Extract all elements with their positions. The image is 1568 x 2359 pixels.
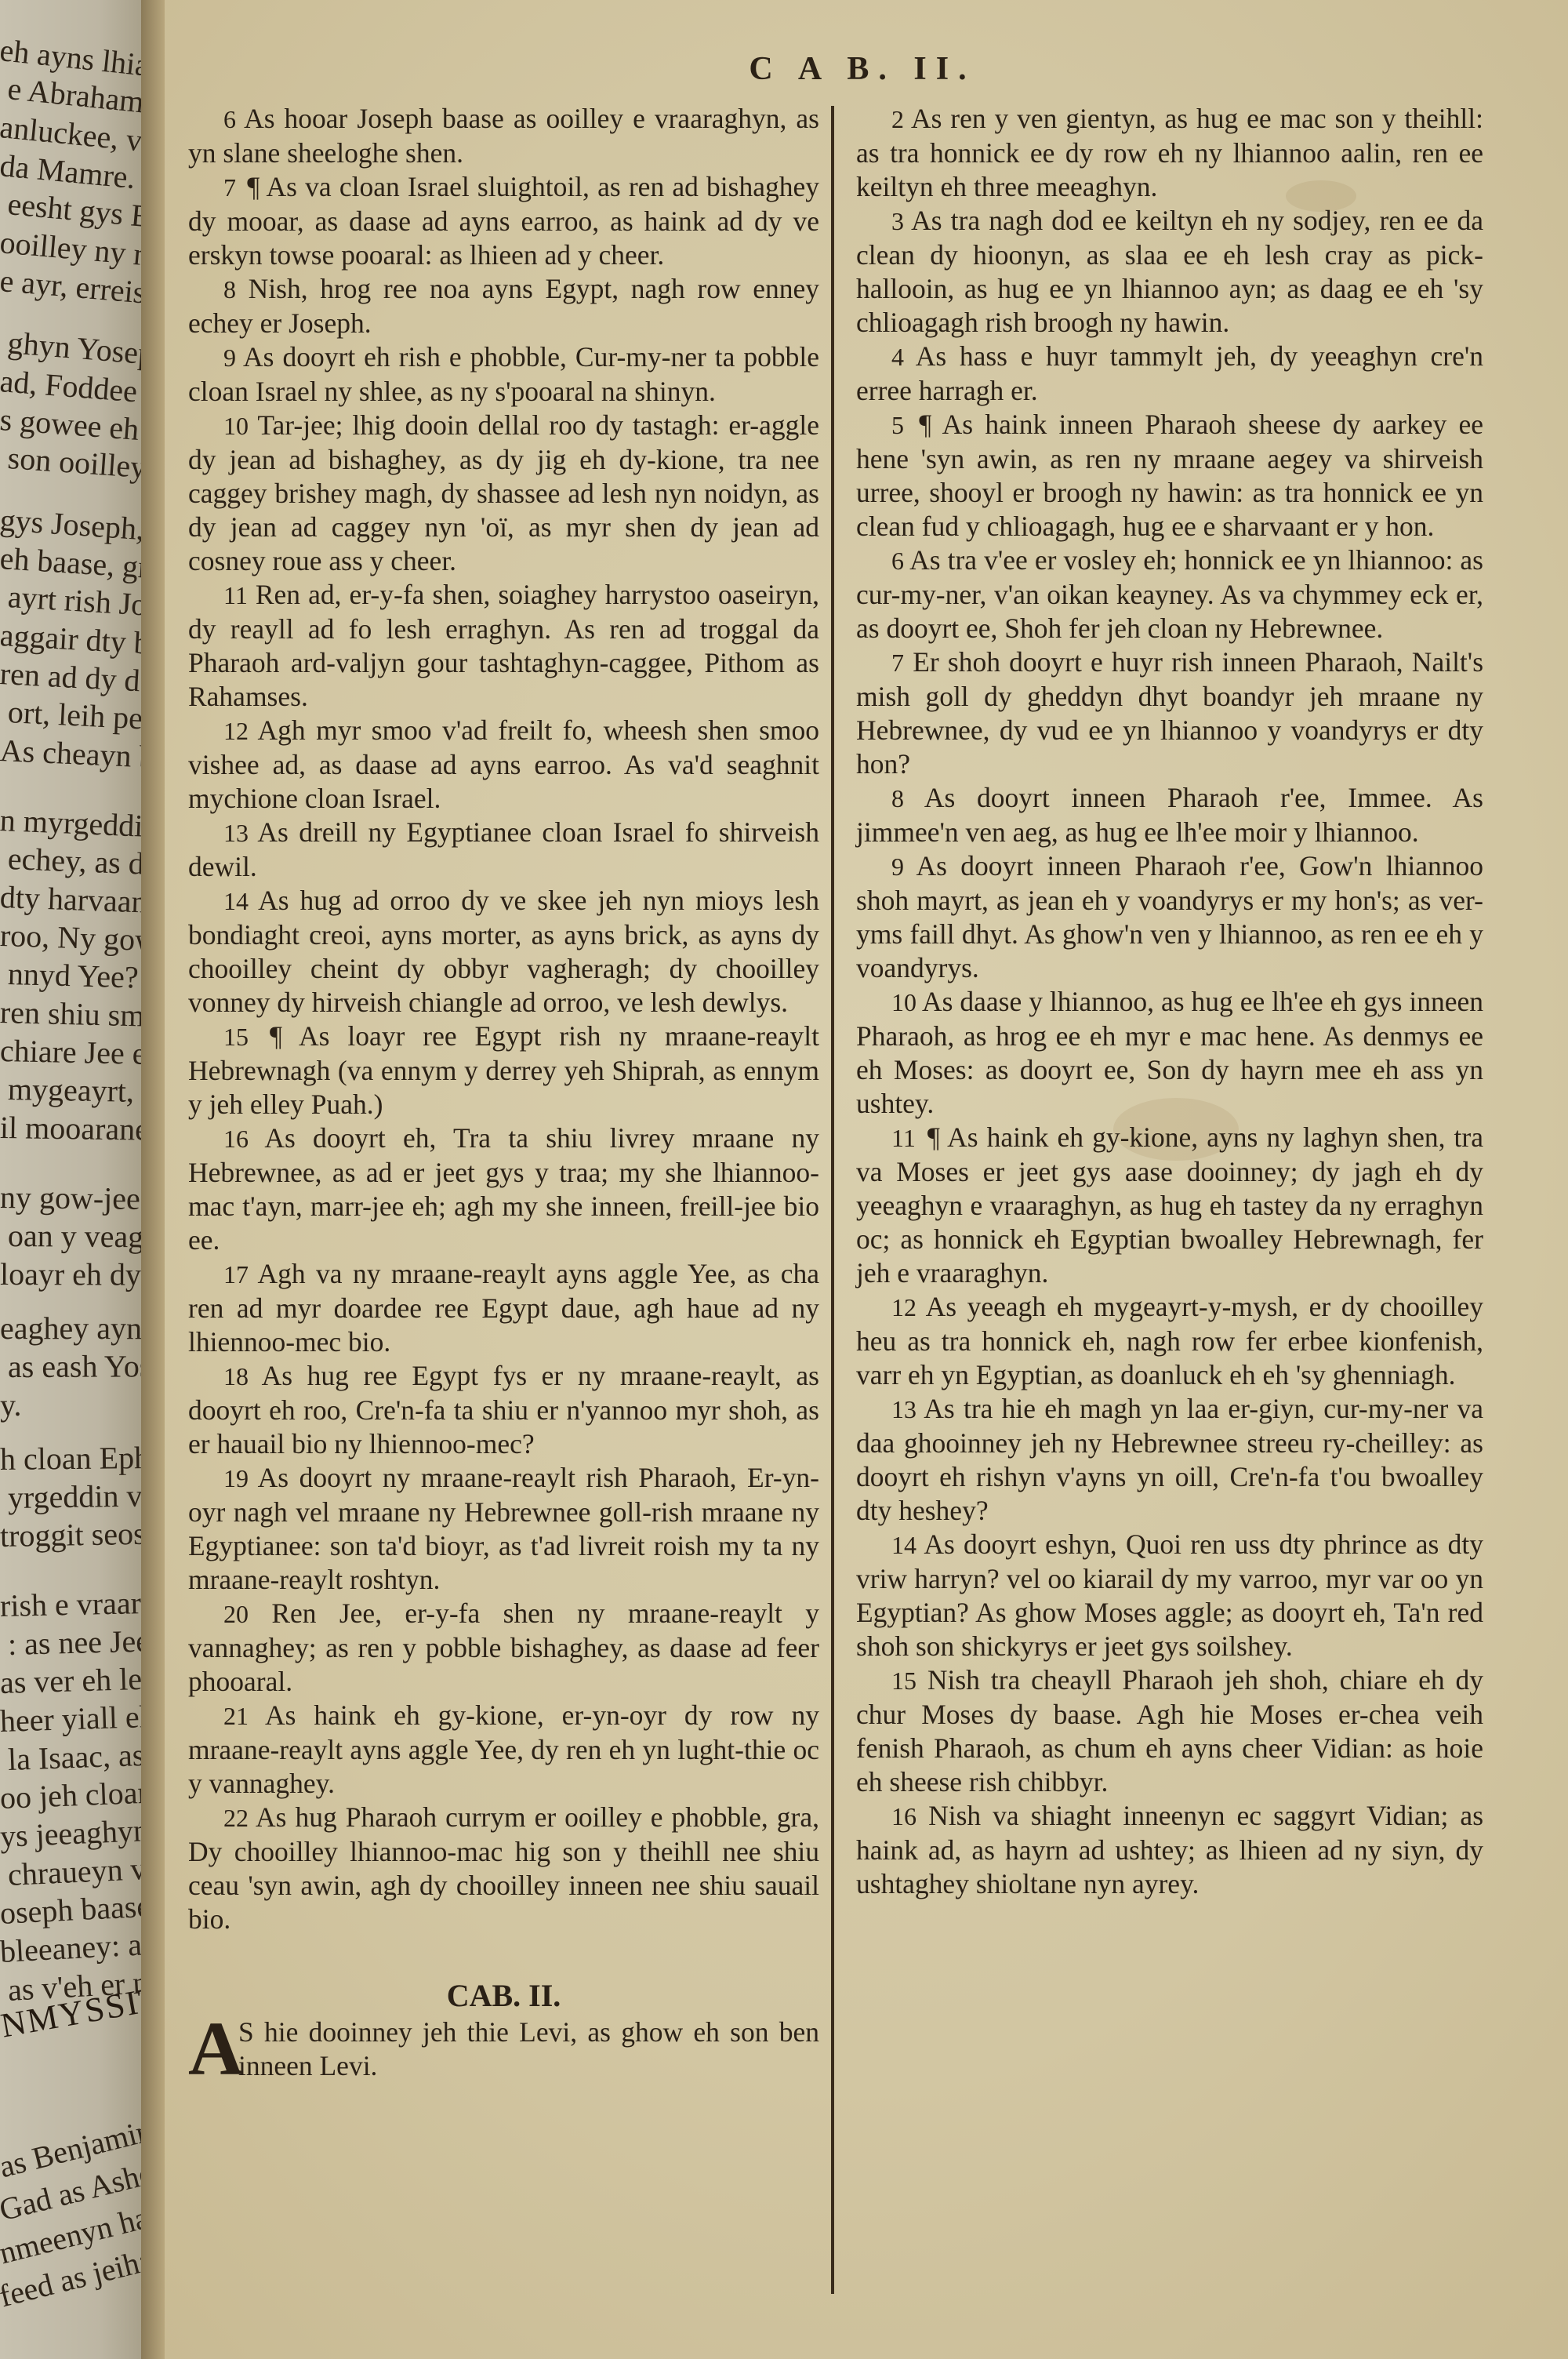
previous-page-text-fragment: ort, leih peca xyxy=(7,693,141,738)
previous-page-text-fragment: ny gow-jee ag xyxy=(0,1179,141,1217)
verse-text: As loayr ree Egypt rish ny mraane-reaylt… xyxy=(188,1020,819,1120)
previous-page-text-fragment: rish e vraaragh xyxy=(0,1583,141,1624)
verse-number: 17 xyxy=(223,1260,249,1289)
verse: 7 Er shoh dooyrt e huyr rish inneen Pha­… xyxy=(856,645,1483,781)
book-gutter xyxy=(141,0,165,2359)
verse-number: 12 xyxy=(223,717,249,745)
verse-number: 14 xyxy=(891,1531,916,1559)
verse-text: Er shoh dooyrt e huyr rish inneen Pha­ra… xyxy=(856,646,1483,780)
drop-cap: A xyxy=(188,2017,244,2081)
previous-page-text-fragment: troggit seose xyxy=(0,1514,141,1554)
verse: 13 As dreill ny Egyptianee cloan Israel … xyxy=(188,816,819,884)
verse-number: 6 xyxy=(891,547,904,575)
previous-page-text-fragment: echey, as doo xyxy=(7,840,141,883)
previous-page-text-fragment: chraueyn veih sh xyxy=(7,1847,141,1893)
previous-page-text-fragment: nnyd Yee? xyxy=(7,955,139,996)
previous-page-text-fragment: roo, Ny gow-j xyxy=(0,917,141,959)
verse: 17 Agh va ny mraane-reaylt ayns aggle Ye… xyxy=(188,1257,819,1359)
verse-text: As daase y lhiannoo, as hug ee lh'ee eh … xyxy=(856,986,1483,1119)
verse: 8 Nish, hrog ree noa ayns Egypt, nagh ro… xyxy=(188,272,819,340)
verse-text: Agh va ny mraane-reaylt ayns aggle Yee, … xyxy=(188,1258,819,1358)
chapter-opening-verse: AS hie dooinney jeh thie Levi, as ghow e… xyxy=(188,2016,819,2083)
verse: 18 As hug ree Egypt fys er ny mraane-rea… xyxy=(188,1359,819,1461)
verse: 21 As haink eh gy-kione, er-yn-oyr dy ro… xyxy=(188,1699,819,1801)
verse: 6 As tra v'ee er vosley eh; honnick ee y… xyxy=(856,543,1483,645)
verse: 19 As dooyrt ny mraane-reaylt rish Pha­r… xyxy=(188,1461,819,1597)
verse-text: As tra nagh dod ee keiltyn eh ny sodjey,… xyxy=(856,205,1483,338)
verse-number: 5 xyxy=(891,411,904,439)
verse: 12 Agh myr smoo v'ad freilt fo, wheesh s… xyxy=(188,714,819,816)
previous-page-text-fragment: As cheayn b xyxy=(0,732,141,776)
verse-text: As dooyrt ny mraane-reaylt rish Pha­raoh… xyxy=(188,1462,819,1595)
previous-page-text-fragment: ys jeeaghyn erri xyxy=(0,1809,141,1855)
verse-number: 16 xyxy=(891,1802,916,1830)
verse-text: As hass e huyr tammylt jeh, dy yeeaghyn … xyxy=(856,340,1483,406)
verse-text: As hug Pharaoh currym er ooilley e phobb… xyxy=(188,1801,819,1935)
verse-text: As ren y ven gientyn, as hug ee mac son … xyxy=(856,103,1483,202)
left-column: 6 As hooar Joseph baase as ooilley e vra… xyxy=(188,102,819,2083)
chapter-opening-text: S hie dooinney jeh thie Levi, as ghow eh… xyxy=(238,2016,819,2081)
verse-text: Ren ad, er-y-fa shen, soiaghey harrystoo… xyxy=(188,579,819,712)
verse-number: 7 xyxy=(223,173,236,202)
previous-page-text-fragment: as ver eh lesh xyxy=(0,1659,141,1701)
verse: 13 As tra hie eh magh yn laa er-giyn, cu… xyxy=(856,1392,1483,1528)
verse-text: Nish va shiaght inneenyn ec saggyrt Vidi… xyxy=(856,1800,1483,1899)
verse-text: As dooyrt eh rish e phobble, Cur-my-ner … xyxy=(188,341,819,407)
previous-page-text-fragment: yrgeddin va cl xyxy=(8,1477,141,1516)
verse-number: 10 xyxy=(891,988,916,1016)
verse: 11 Ren ad, er-y-fa shen, soiaghey harrys… xyxy=(188,578,819,714)
verse: 7 ¶ As va cloan Israel sluightoil, as re… xyxy=(188,170,819,272)
pilcrow-icon: ¶ xyxy=(927,1121,940,1153)
verse: 20 Ren Jee, er-y-fa shen ny mraane-reayl… xyxy=(188,1597,819,1699)
previous-page-text-fragment: h cloan Ephrai xyxy=(0,1439,141,1478)
verse-number: 7 xyxy=(891,649,904,677)
verse: 14 As hug ad orroo dy ve skee jeh nyn mi… xyxy=(188,884,819,1020)
verse-number: 14 xyxy=(223,887,249,915)
pilcrow-icon: ¶ xyxy=(247,171,260,202)
verse-text: As haink eh gy-kione, ayns ny laghyn she… xyxy=(856,1121,1483,1289)
verse: 10 Tar-jee; lhig dooin dellal roo dy tas… xyxy=(188,409,819,578)
verse: 14 As dooyrt eshyn, Quoi ren uss dty phr… xyxy=(856,1528,1483,1663)
verse-number: 21 xyxy=(223,1702,249,1730)
running-head: C A B. II. xyxy=(706,50,1019,88)
previous-page-text-fragment: la Isaac, as Jaco xyxy=(7,1734,141,1778)
verse-text: As va cloan Israel sluightoil, as ren ad… xyxy=(188,171,819,271)
verse-number: 11 xyxy=(891,1124,916,1152)
verse-number: 8 xyxy=(223,275,236,304)
verse: 11 ¶ As haink eh gy-kione, ayns ny laghy… xyxy=(856,1121,1483,1290)
verse-number: 9 xyxy=(223,343,236,372)
verse-text: As dooyrt eh, Tra ta shiu livrey mraane … xyxy=(188,1122,819,1256)
previous-page-text-fragment: dty harvaanty xyxy=(0,878,141,921)
verse: 6 As hooar Joseph baase as ooilley e vra… xyxy=(188,102,819,170)
verse-number: 10 xyxy=(223,412,249,440)
verse-number: 18 xyxy=(223,1362,249,1390)
verse-text: As haink eh gy-kione, er-yn-oyr dy row n… xyxy=(188,1699,819,1799)
verse-number: 16 xyxy=(223,1125,249,1153)
verse: 8 As dooyrt inneen Pharaoh r'ee, Immee. … xyxy=(856,781,1483,849)
verse-number: 11 xyxy=(223,581,248,609)
previous-page-text-fragment: chiare Jee eh s xyxy=(0,1032,141,1073)
previous-page-text-fragment: oo jeh cloan Isr xyxy=(0,1772,141,1816)
verse-number: 15 xyxy=(223,1023,249,1051)
verse-number: 19 xyxy=(223,1464,249,1492)
pilcrow-icon: ¶ xyxy=(270,1020,282,1052)
verse-number: 12 xyxy=(891,1293,916,1321)
verse-text: Agh myr smoo v'ad freilt fo, wheesh shen… xyxy=(188,714,819,814)
right-column: 2 As ren y ven gientyn, as hug ee mac so… xyxy=(856,102,1483,1901)
verse: 12 As yeeagh eh mygeayrt-y-mysh, er dy c… xyxy=(856,1290,1483,1392)
previous-page-text-fragment: n myrgeddin, t xyxy=(0,801,141,846)
verse-text: As dooyrt inneen Pharaoh r'ee, Gow'n lhi… xyxy=(856,850,1483,983)
verse-text: As dooyrt inneen Pharaoh r'ee, Immee. As… xyxy=(856,782,1483,848)
previous-page-text-fragment: il mooarane p xyxy=(0,1109,141,1148)
verse: 15 Nish tra cheayll Pharaoh jeh shoh, ch… xyxy=(856,1663,1483,1799)
verse-number: 2 xyxy=(891,105,904,133)
verse-number: 15 xyxy=(891,1667,916,1695)
chapter-heading: CAB. II. xyxy=(188,1979,819,2012)
previous-page-text-fragment: son ooilley'n d xyxy=(6,439,141,489)
verse-number: 3 xyxy=(891,207,904,235)
verse-text: Ren Jee, er-y-fa shen ny mraane-reaylt y… xyxy=(188,1598,819,1697)
previous-page-text-fragment: as eash Yoseph xyxy=(8,1347,141,1385)
verse: 10 As daase y lhiannoo, as hug ee lh'ee … xyxy=(856,985,1483,1121)
verse: 15 ¶ As loayr ree Egypt rish ny mraane-r… xyxy=(188,1020,819,1121)
verse-number: 9 xyxy=(891,852,904,881)
verse-number: 13 xyxy=(891,1395,916,1423)
previous-page-text-fragment: aggair dty b xyxy=(0,616,141,662)
verse-text: As tra v'ee er vosley eh; honnick ee yn … xyxy=(856,544,1483,644)
verse-text: Nish, hrog ree noa ayns Egypt, nagh row … xyxy=(188,273,819,339)
verse-number: 6 xyxy=(223,105,236,133)
verse: 2 As ren y ven gientyn, as hug ee mac so… xyxy=(856,102,1483,204)
previous-page-text-fragment: mygeayrt, myr xyxy=(8,1070,141,1110)
verse-text: Nish tra cheayll Pharaoh jeh shoh, chiar… xyxy=(856,1664,1483,1797)
verse-text: As yeeagh eh mygeayrt-y-mysh, er dy choo… xyxy=(856,1291,1483,1390)
verse-number: 22 xyxy=(223,1804,249,1832)
verse-text: As hug ad orroo dy ve skee jeh nyn mioys… xyxy=(188,885,819,1018)
verse-number: 13 xyxy=(223,819,249,847)
previous-page-text-fragment: ren shiu smoo xyxy=(0,994,141,1034)
verse-number: 20 xyxy=(223,1600,249,1628)
verse-text: As dreill ny Egyptianee cloan Israel fo … xyxy=(188,816,819,882)
previous-page-edge: eh ayns lhiaghte Abraham maanluckee, veh… xyxy=(0,0,141,2359)
previous-page-text-fragment: ren ad dy d xyxy=(0,655,141,699)
previous-page-text-fragment: eaghey ayns Eg xyxy=(0,1310,141,1347)
verse-number: 8 xyxy=(891,784,904,812)
verse-text: Tar-jee; lhig dooin dellal roo dy tast­a… xyxy=(188,409,819,576)
verse-text: As dooyrt eshyn, Quoi ren uss dty phrinc… xyxy=(856,1528,1483,1662)
verse-number: 4 xyxy=(891,343,904,371)
verse: 5 ¶ As haink inneen Pharaoh sheese dy aa… xyxy=(856,408,1483,543)
verse-text: As haink inneen Pharaoh sheese dy aarkey… xyxy=(856,409,1483,542)
verse: 16 As dooyrt eh, Tra ta shiu livrey mraa… xyxy=(188,1121,819,1257)
previous-page-text-fragment: oan y veaghey xyxy=(8,1217,141,1256)
verse: 4 As hass e huyr tammylt jeh, dy yeeaghy… xyxy=(856,340,1483,408)
verse-text: As tra hie eh magh yn laa er-giyn, cur-m… xyxy=(856,1393,1483,1526)
previous-page-text-fragment: heer yiall eh lio xyxy=(0,1696,141,1739)
previous-page-text-fragment: : as nee Jee s xyxy=(7,1622,141,1663)
verse: 9 As dooyrt eh rish e phobble, Cur-my-ne… xyxy=(188,340,819,409)
pilcrow-icon: ¶ xyxy=(919,409,931,440)
verse: 9 As dooyrt inneen Pharaoh r'ee, Gow'n l… xyxy=(856,849,1483,985)
verse: 22 As hug Pharaoh currym er ooilley e ph… xyxy=(188,1801,819,1936)
previous-page-text-fragment: y. xyxy=(0,1387,22,1423)
previous-page-text-fragment: loayr eh dy doo xyxy=(0,1256,141,1293)
column-divider-rule xyxy=(831,106,834,2294)
verse-text: As hooar Joseph baase as ooilley e vraar… xyxy=(188,103,819,169)
verse: 3 As tra nagh dod ee keiltyn eh ny sodje… xyxy=(856,204,1483,340)
verse-text: As hug ree Egypt fys er ny mraane-reaylt… xyxy=(188,1360,819,1459)
verse: 16 Nish va shiaght inneenyn ec saggyrt V… xyxy=(856,1799,1483,1901)
